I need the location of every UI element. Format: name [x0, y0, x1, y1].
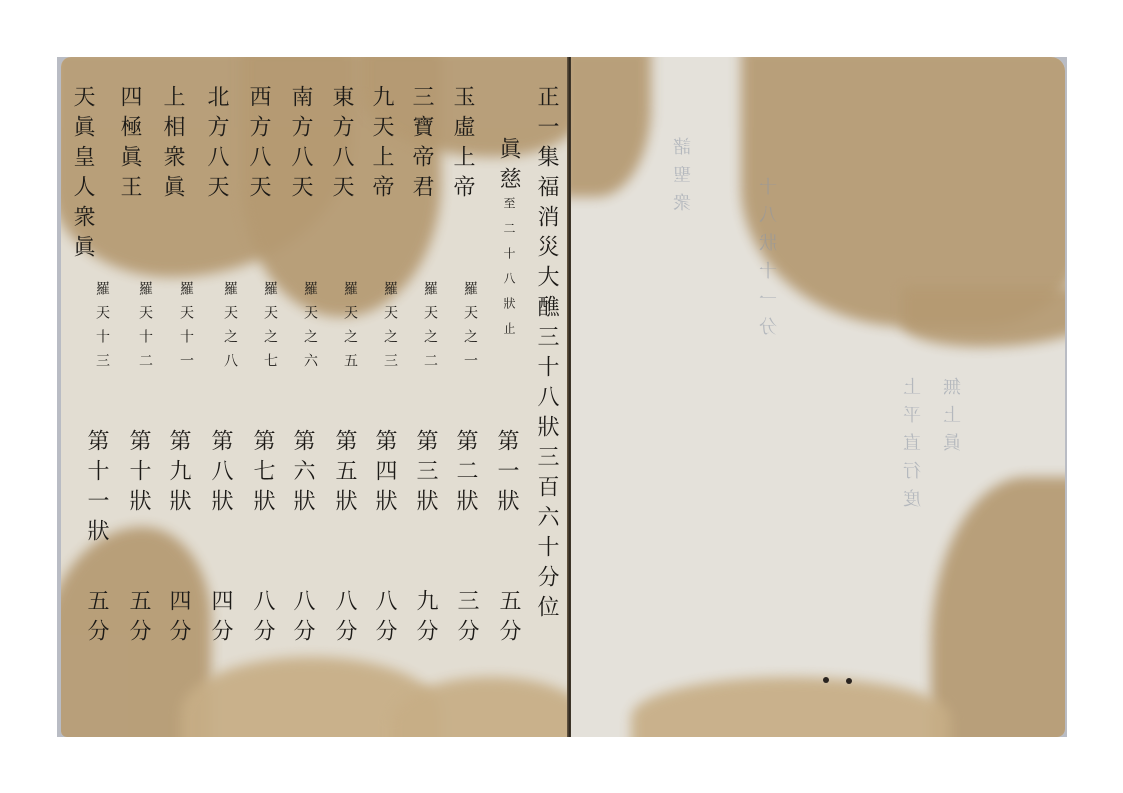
zhuang-column: 第七狀 — [251, 429, 273, 519]
zhuang-column: 第十狀 — [127, 429, 149, 519]
luotian-column: 羅天之六 — [303, 281, 317, 377]
water-stain — [571, 57, 651, 197]
water-stain — [901, 287, 1065, 347]
luotian-column: 羅天之五 — [343, 281, 357, 377]
header-column: 眞慈 — [497, 137, 519, 197]
left-page: 正一集福消災大醮三十八狀三百六十分位 眞慈 至二十八狀止 玉虛上帝 三寶帝君 九… — [61, 57, 569, 737]
fen-column: 五分 — [127, 589, 149, 649]
luotian-column: 羅天十一 — [179, 281, 193, 377]
ink-spot — [823, 677, 829, 683]
zhuang-column: 第一狀 — [495, 429, 517, 519]
deity-column: 東方八天 — [330, 85, 352, 205]
zhuang-column: 第九狀 — [167, 429, 189, 519]
luotian-column: 羅天十三 — [95, 281, 109, 377]
water-stain — [631, 677, 951, 737]
zhuang-column: 第十一狀 — [85, 429, 107, 549]
luotian-column: 羅天之一 — [463, 281, 477, 377]
zhuang-column: 第五狀 — [333, 429, 355, 519]
water-stain — [931, 477, 1065, 737]
bleed-through-text: 上平直行度 — [901, 377, 927, 517]
deity-column: 四極眞王 — [118, 85, 140, 205]
deity-column: 九天上帝 — [370, 85, 392, 205]
manuscript-photo: 正一集福消災大醮三十八狀三百六十分位 眞慈 至二十八狀止 玉虛上帝 三寶帝君 九… — [57, 57, 1067, 737]
header-note-column: 至二十八狀止 — [503, 197, 515, 347]
luotian-column: 羅天之二 — [423, 281, 437, 377]
fen-column: 五分 — [85, 589, 107, 649]
bleed-through-text: 諸聖衆 — [671, 137, 697, 221]
zhuang-column: 第二狀 — [454, 429, 476, 519]
zhuang-column: 第三狀 — [414, 429, 436, 519]
luotian-column: 羅天之七 — [263, 281, 277, 377]
fen-column: 五分 — [497, 589, 519, 649]
luotian-column: 羅天之三 — [383, 281, 397, 377]
fen-column: 四分 — [209, 589, 231, 649]
luotian-column: 羅天之八 — [223, 281, 237, 377]
zhuang-column: 第六狀 — [291, 429, 313, 519]
bleed-through-text: 無上眞 — [941, 377, 967, 461]
fen-column: 八分 — [333, 589, 355, 649]
bleed-through-text: 十八狀十一分 — [757, 177, 783, 345]
deity-column: 三寶帝君 — [410, 85, 432, 205]
luotian-column: 羅天十二 — [138, 281, 152, 377]
right-page: 十八狀十一分 上平直行度 無上眞 諸聖衆 — [571, 57, 1065, 737]
fen-column: 八分 — [251, 589, 273, 649]
fen-column: 八分 — [291, 589, 313, 649]
deity-column: 北方八天 — [205, 85, 227, 205]
ink-spot — [846, 678, 852, 684]
fen-column: 三分 — [455, 589, 477, 649]
deity-column: 南方八天 — [289, 85, 311, 205]
zhuang-column: 第四狀 — [373, 429, 395, 519]
deity-column: 玉虛上帝 — [451, 85, 473, 205]
fen-column: 八分 — [373, 589, 395, 649]
fen-column: 九分 — [414, 589, 436, 649]
zhuang-column: 第八狀 — [209, 429, 231, 519]
deity-column: 天眞皇人衆眞 — [71, 85, 93, 265]
title-column: 正一集福消災大醮三十八狀三百六十分位 — [535, 85, 557, 625]
deity-column: 西方八天 — [247, 85, 269, 205]
deity-column: 上相衆眞 — [161, 85, 183, 205]
fen-column: 四分 — [167, 589, 189, 649]
